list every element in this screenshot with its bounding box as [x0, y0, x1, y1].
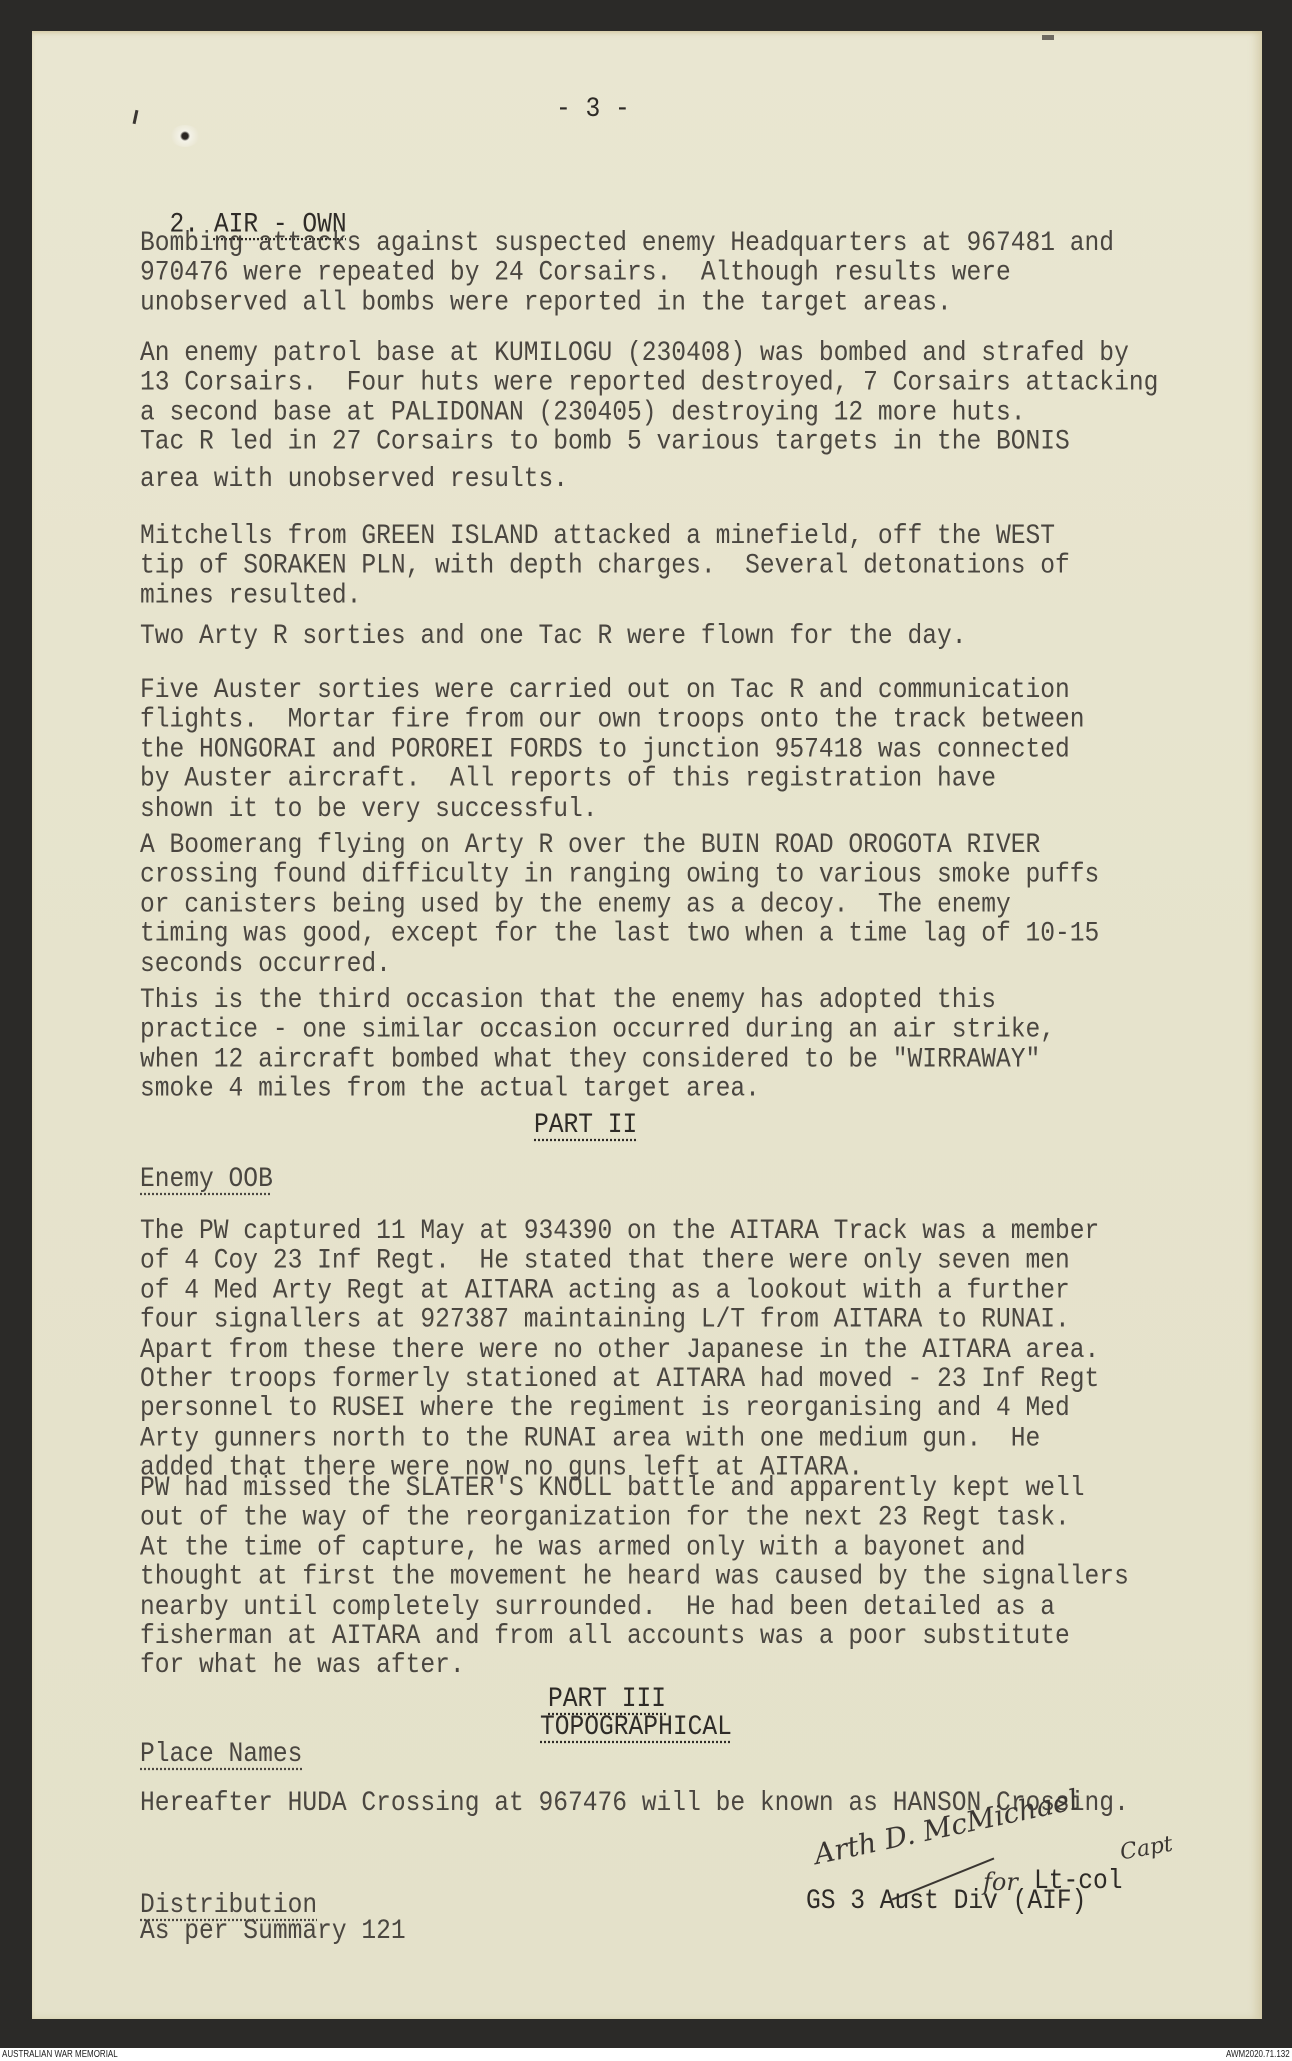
paragraph: PW had missed the SLATER'S KNOLL battle … [140, 1475, 1129, 1682]
distribution-text: As per Summary 121 [140, 1918, 406, 1948]
archive-footer: AUSTRALIAN WAR MEMORIAL AWM2020.71.132 [0, 2048, 1292, 2061]
part-ii-title: PART II [534, 1112, 637, 1142]
footer-institution: AUSTRALIAN WAR MEMORIAL [2, 2048, 118, 2061]
part-iii-title: PART III [548, 1686, 666, 1716]
enemy-oob-heading: Enemy OOB [140, 1166, 273, 1196]
place-names-heading: Place Names [140, 1741, 302, 1771]
paragraph: Two Arty R sorties and one Tac R were fl… [140, 623, 967, 653]
paragraph: Bombing attacks against suspected enemy … [140, 230, 1114, 319]
page-number: - 3 - [556, 96, 630, 126]
topographical-title: TOPOGRAPHICAL [540, 1714, 732, 1744]
paragraph: This is the third occasion that the enem… [140, 987, 1055, 1105]
paragraph: area with unobserved results. [140, 466, 568, 496]
footer-accession-number: AWM2020.71.132 [1226, 2048, 1290, 2061]
paragraph: An enemy patrol base at KUMILOGU (230408… [140, 340, 1158, 458]
ink-mark [1042, 35, 1054, 40]
paragraph: Five Auster sorties were carried out on … [140, 677, 1085, 825]
signatory-unit: GS 3 Aust Div (AIF) [806, 1888, 1086, 1918]
staple-hole [170, 125, 200, 147]
paragraph: A Boomerang flying on Arty R over the BU… [140, 832, 1099, 980]
paragraph: Mitchells from GREEN ISLAND attacked a m… [140, 523, 1070, 612]
paragraph: The PW captured 11 May at 934390 on the … [140, 1218, 1099, 1484]
